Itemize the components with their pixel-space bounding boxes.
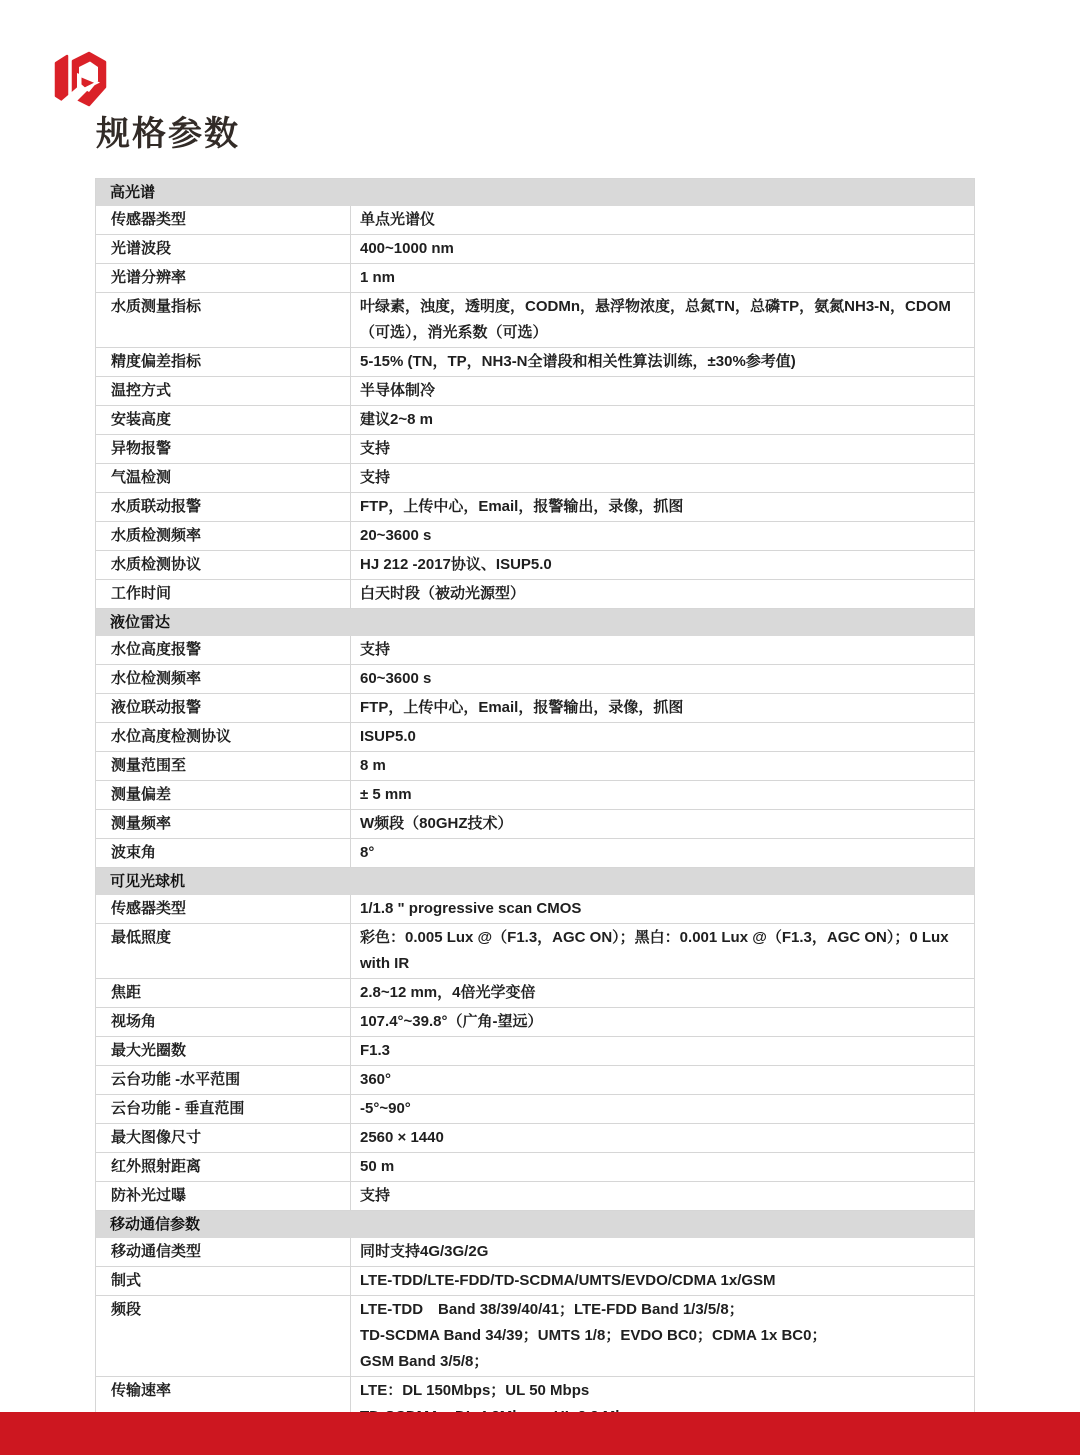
spec-row: 传感器类型 1/1.8 " progressive scan CMOS xyxy=(96,895,974,924)
spec-label: 精度偏差指标 xyxy=(96,348,351,376)
spec-label: 频段 xyxy=(96,1296,351,1376)
spec-value: -5°~90° xyxy=(351,1095,974,1123)
spec-value: W频段（80GHZ技术） xyxy=(351,810,974,838)
spec-value: LTE-TDD Band 38/39/40/41；LTE-FDD Band 1/… xyxy=(351,1296,974,1376)
spec-row: 气温检测 支持 xyxy=(96,464,974,493)
spec-table: 高光谱 传感器类型 单点光谱仪 光谱波段 400~1000 nm 光谱分辨率 1… xyxy=(95,178,975,1432)
spec-label: 液位联动报警 xyxy=(96,694,351,722)
spec-row: 温控方式 半导体制冷 xyxy=(96,377,974,406)
spec-row: 水质测量指标 叶绿素，浊度，透明度，CODMn，悬浮物浓度，总氮TN，总磷TP，… xyxy=(96,293,974,348)
spec-label: 最大光圈数 xyxy=(96,1037,351,1065)
spec-value: 支持 xyxy=(351,435,974,463)
spec-label: 光谱分辨率 xyxy=(96,264,351,292)
spec-row: 频段 LTE-TDD Band 38/39/40/41；LTE-FDD Band… xyxy=(96,1296,974,1377)
spec-label: 水质检测频率 xyxy=(96,522,351,550)
spec-label: 异物报警 xyxy=(96,435,351,463)
spec-value: HJ 212 -2017协议、ISUP5.0 xyxy=(351,551,974,579)
section-header-visible-light-camera: 可见光球机 xyxy=(96,868,974,895)
spec-value: 建议2~8 m xyxy=(351,406,974,434)
spec-value: 5-15% (TN，TP，NH3-N全谱段和相关性算法训练，±30%参考值) xyxy=(351,348,974,376)
spec-page: 规格参数 高光谱 传感器类型 单点光谱仪 光谱波段 400~1000 nm 光谱… xyxy=(0,0,1080,1455)
spec-row: 光谱分辨率 1 nm xyxy=(96,264,974,293)
spec-row: 最大图像尺寸 2560 × 1440 xyxy=(96,1124,974,1153)
spec-value: F1.3 xyxy=(351,1037,974,1065)
spec-row: 测量范围至 8 m xyxy=(96,752,974,781)
spec-value: ISUP5.0 xyxy=(351,723,974,751)
spec-row: 水质检测频率 20~3600 s xyxy=(96,522,974,551)
spec-value: ± 5 mm xyxy=(351,781,974,809)
footer-red-bar xyxy=(0,1412,1080,1455)
spec-label: 测量偏差 xyxy=(96,781,351,809)
spec-value: 半导体制冷 xyxy=(351,377,974,405)
spec-value: 白天时段（被动光源型） xyxy=(351,580,974,608)
spec-value: 1/1.8 " progressive scan CMOS xyxy=(351,895,974,923)
spec-label: 传感器类型 xyxy=(96,895,351,923)
spec-row: 视场角 107.4°~39.8°（广角-望远） xyxy=(96,1008,974,1037)
spec-label: 波束角 xyxy=(96,839,351,867)
spec-label: 安装高度 xyxy=(96,406,351,434)
spec-label: 测量范围至 xyxy=(96,752,351,780)
spec-label: 水位高度检测协议 xyxy=(96,723,351,751)
spec-row: 测量频率 W频段（80GHZ技术） xyxy=(96,810,974,839)
spec-row: 波束角 8° xyxy=(96,839,974,868)
spec-row: 水位高度检测协议 ISUP5.0 xyxy=(96,723,974,752)
spec-value: 2560 × 1440 xyxy=(351,1124,974,1152)
spec-value: FTP，上传中心，Email，报警输出，录像，抓图 xyxy=(351,493,974,521)
spec-row: 水位检测频率 60~3600 s xyxy=(96,665,974,694)
spec-value: 支持 xyxy=(351,636,974,664)
spec-value: 同时支持4G/3G/2G xyxy=(351,1238,974,1266)
spec-row: 焦距 2.8~12 mm，4倍光学变倍 xyxy=(96,979,974,1008)
spec-value: 107.4°~39.8°（广角-望远） xyxy=(351,1008,974,1036)
spec-label: 水质测量指标 xyxy=(96,293,351,347)
spec-row: 制式 LTE-TDD/LTE-FDD/TD-SCDMA/UMTS/EVDO/CD… xyxy=(96,1267,974,1296)
spec-label: 最低照度 xyxy=(96,924,351,978)
spec-row: 传感器类型 单点光谱仪 xyxy=(96,206,974,235)
spec-label: 温控方式 xyxy=(96,377,351,405)
spec-row: 水质联动报警 FTP，上传中心，Email，报警输出，录像，抓图 xyxy=(96,493,974,522)
spec-row: 防补光过曝 支持 xyxy=(96,1182,974,1211)
spec-label: 移动通信类型 xyxy=(96,1238,351,1266)
spec-label: 水质检测协议 xyxy=(96,551,351,579)
spec-label: 云台功能 - 垂直范围 xyxy=(96,1095,351,1123)
spec-value: 叶绿素，浊度，透明度，CODMn，悬浮物浓度，总氮TN，总磷TP，氨氮NH3-N… xyxy=(351,293,974,347)
spec-value: 支持 xyxy=(351,464,974,492)
section-header-level-radar: 液位雷达 xyxy=(96,609,974,636)
spec-value: 8° xyxy=(351,839,974,867)
spec-row: 异物报警 支持 xyxy=(96,435,974,464)
spec-value: 支持 xyxy=(351,1182,974,1210)
spec-label: 测量频率 xyxy=(96,810,351,838)
spec-value: 8 m xyxy=(351,752,974,780)
spec-row: 红外照射距离 50 m xyxy=(96,1153,974,1182)
spec-label: 工作时间 xyxy=(96,580,351,608)
section-header-mobile-comm: 移动通信参数 xyxy=(96,1211,974,1238)
spec-label: 光谱波段 xyxy=(96,235,351,263)
spec-row: 云台功能 - 垂直范围 -5°~90° xyxy=(96,1095,974,1124)
spec-label: 制式 xyxy=(96,1267,351,1295)
spec-label: 水位高度报警 xyxy=(96,636,351,664)
spec-row: 液位联动报警 FTP，上传中心，Email，报警输出，录像，抓图 xyxy=(96,694,974,723)
spec-label: 防补光过曝 xyxy=(96,1182,351,1210)
spec-label: 传感器类型 xyxy=(96,206,351,234)
spec-row: 云台功能 -水平范围 360° xyxy=(96,1066,974,1095)
spec-value: 360° xyxy=(351,1066,974,1094)
spec-value: 20~3600 s xyxy=(351,522,974,550)
page-title: 规格参数 xyxy=(96,112,240,156)
spec-label: 最大图像尺寸 xyxy=(96,1124,351,1152)
spec-value: 1 nm xyxy=(351,264,974,292)
spec-value: LTE-TDD/LTE-FDD/TD-SCDMA/UMTS/EVDO/CDMA … xyxy=(351,1267,974,1295)
spec-value: 60~3600 s xyxy=(351,665,974,693)
spec-row: 最大光圈数 F1.3 xyxy=(96,1037,974,1066)
spec-value: 单点光谱仪 xyxy=(351,206,974,234)
spec-row: 水位高度报警 支持 xyxy=(96,636,974,665)
spec-row: 测量偏差 ± 5 mm xyxy=(96,781,974,810)
spec-row: 安装高度 建议2~8 m xyxy=(96,406,974,435)
spec-row: 精度偏差指标 5-15% (TN，TP，NH3-N全谱段和相关性算法训练，±30… xyxy=(96,348,974,377)
spec-label: 云台功能 -水平范围 xyxy=(96,1066,351,1094)
spec-label: 红外照射距离 xyxy=(96,1153,351,1181)
spec-label: 水位检测频率 xyxy=(96,665,351,693)
spec-row: 光谱波段 400~1000 nm xyxy=(96,235,974,264)
spec-value: 50 m xyxy=(351,1153,974,1181)
spec-row: 移动通信类型 同时支持4G/3G/2G xyxy=(96,1238,974,1267)
spec-label: 焦距 xyxy=(96,979,351,1007)
spec-row: 工作时间 白天时段（被动光源型） xyxy=(96,580,974,609)
spec-value: 2.8~12 mm，4倍光学变倍 xyxy=(351,979,974,1007)
spec-label: 水质联动报警 xyxy=(96,493,351,521)
spec-row: 最低照度 彩色：0.005 Lux @（F1.3，AGC ON）；黑白：0.00… xyxy=(96,924,974,979)
spec-value: 彩色：0.005 Lux @（F1.3，AGC ON）；黑白：0.001 Lux… xyxy=(351,924,974,978)
brand-logo-icon xyxy=(52,50,108,110)
spec-label: 气温检测 xyxy=(96,464,351,492)
spec-label: 视场角 xyxy=(96,1008,351,1036)
section-header-hyperspectral: 高光谱 xyxy=(96,179,974,206)
spec-row: 水质检测协议 HJ 212 -2017协议、ISUP5.0 xyxy=(96,551,974,580)
spec-value: FTP，上传中心，Email，报警输出，录像，抓图 xyxy=(351,694,974,722)
spec-value: 400~1000 nm xyxy=(351,235,974,263)
